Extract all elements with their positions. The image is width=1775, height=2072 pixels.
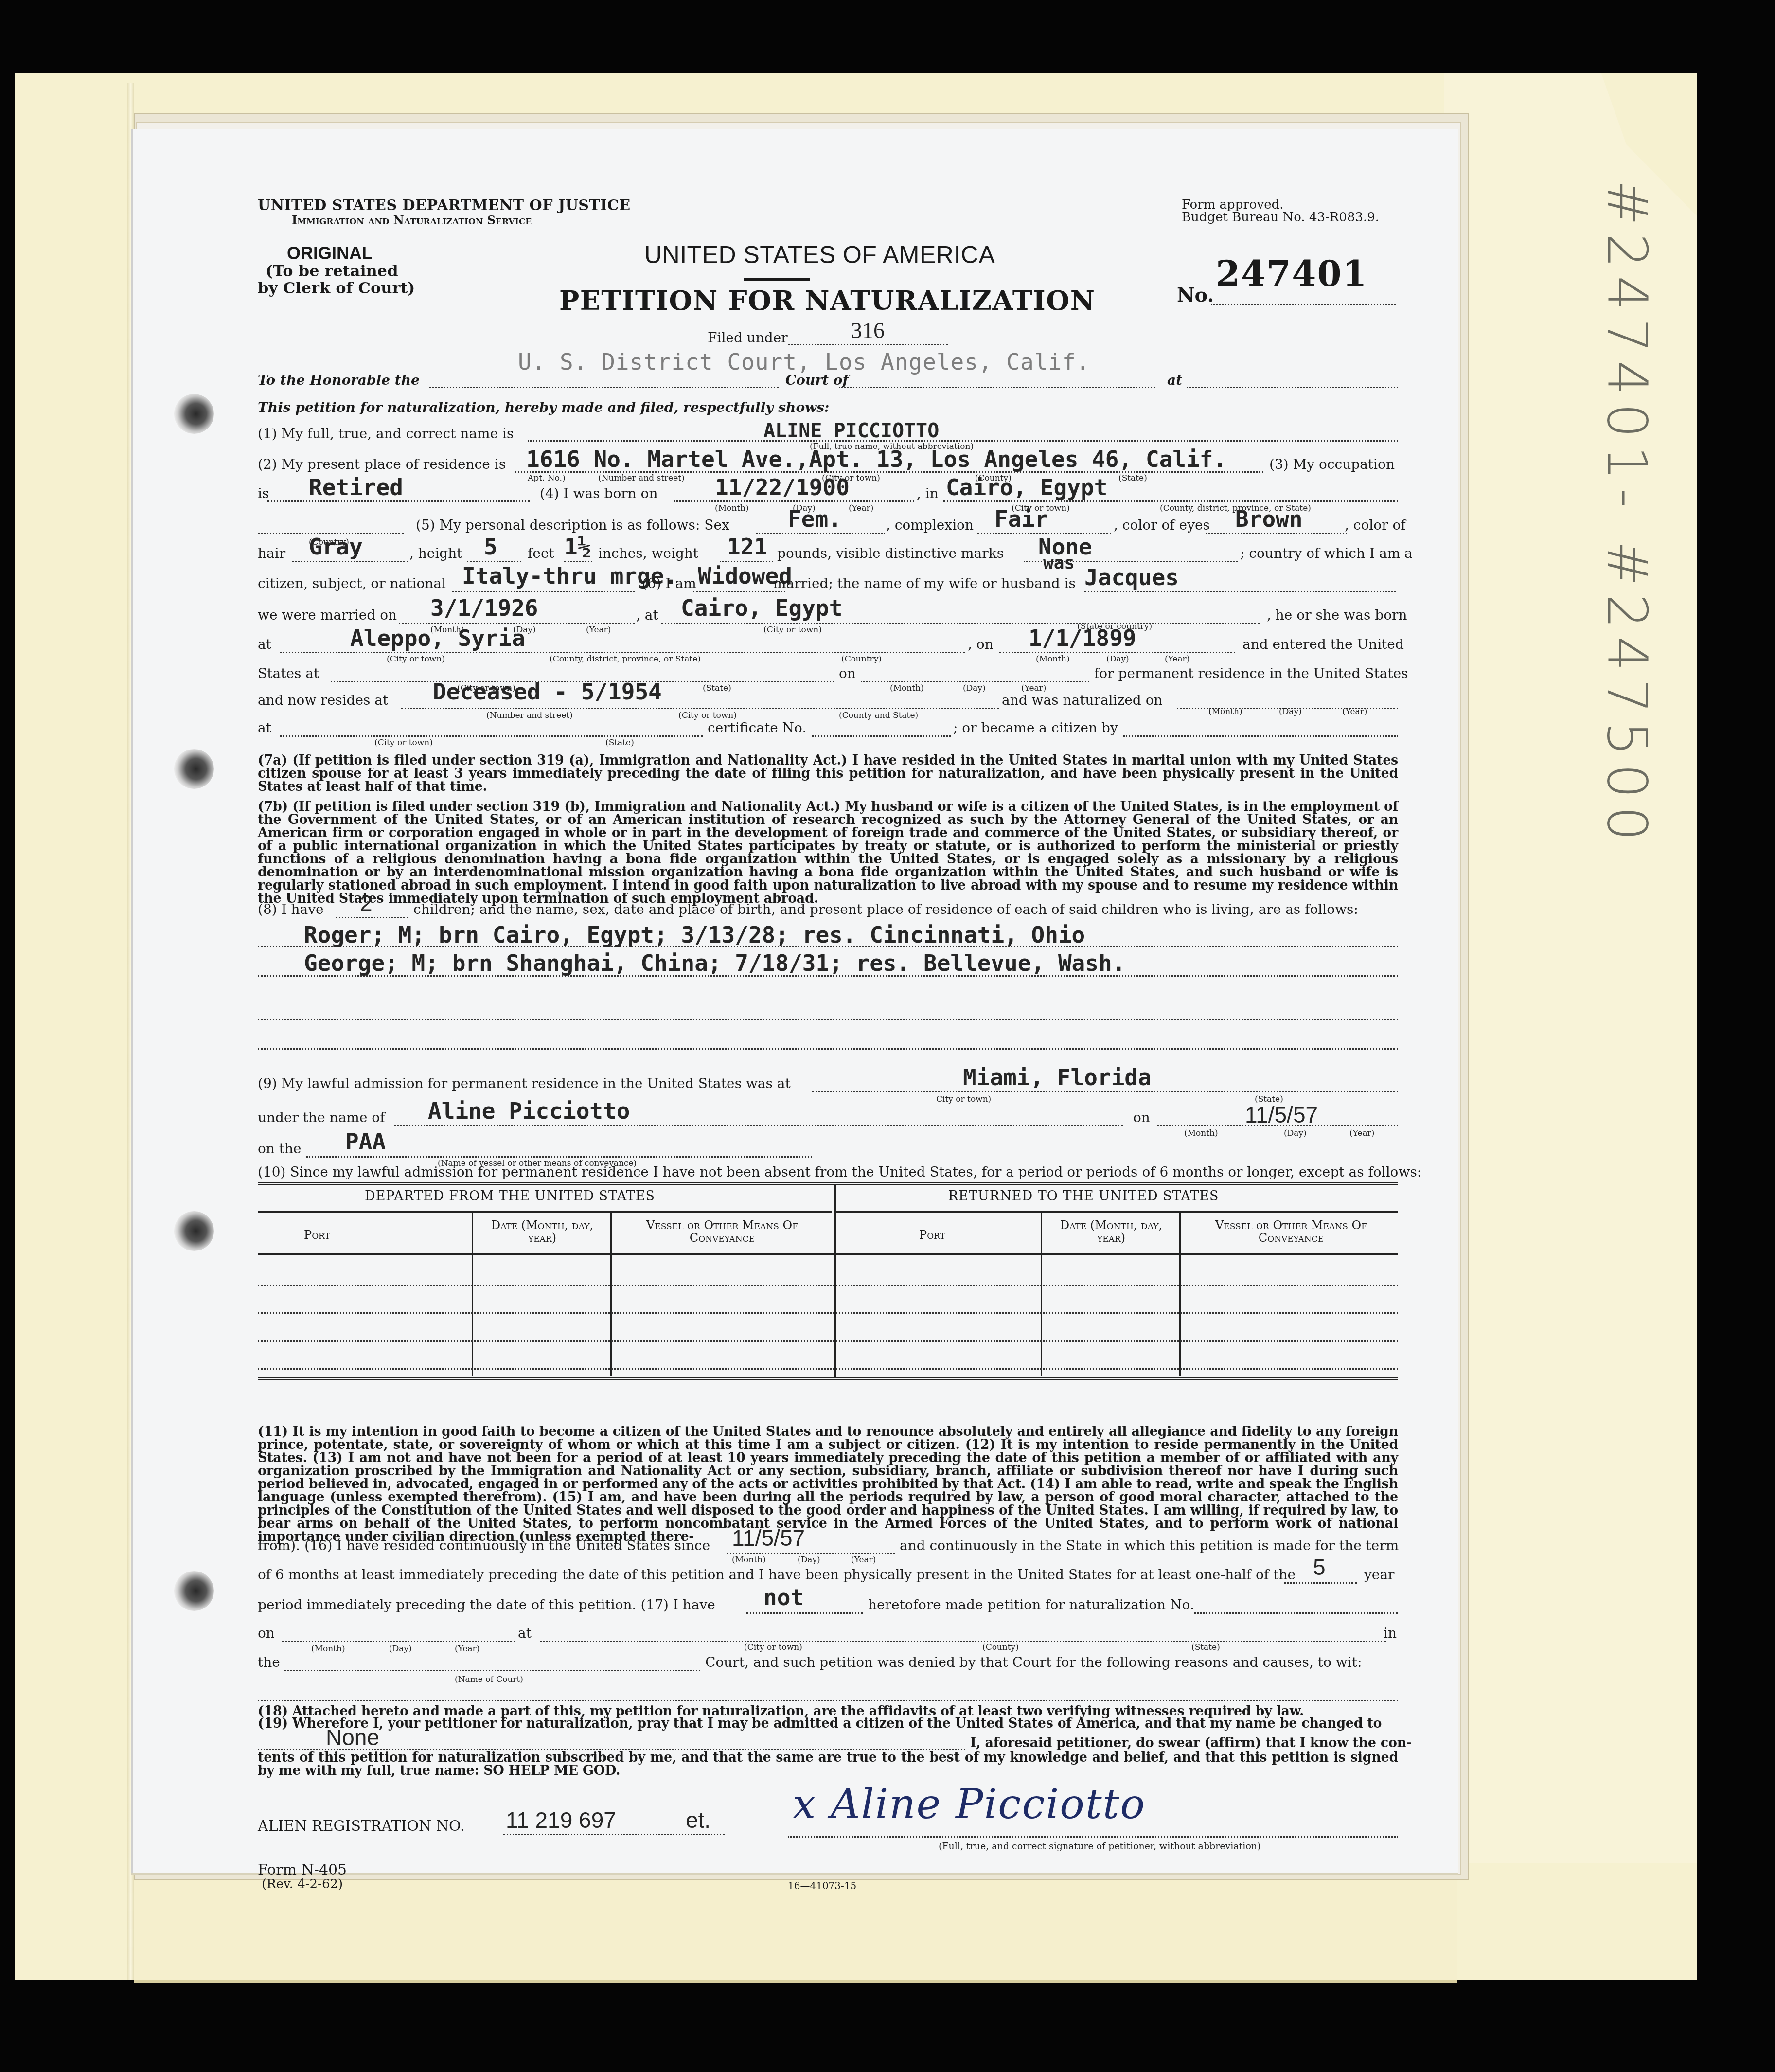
q4-label: (4) I was born on [540, 486, 657, 501]
section-7a: (7a) (If petition is filed under section… [258, 754, 1398, 793]
departed-header: DEPARTED FROM THE UNITED STATES [365, 1189, 655, 1204]
page-title: PETITION FOR NATURALIZATION [559, 285, 1096, 316]
q8-text: children; and the name, sex, date and pl… [413, 902, 1358, 917]
eyes-label: , color of eyes [1114, 518, 1210, 533]
certificate-label: certificate No. [708, 721, 806, 735]
form-number: Form N-405 [258, 1861, 347, 1878]
folder-tab-label: #247401- #247500 [1595, 180, 1658, 849]
child-entry: Roger; M; brn Cairo, Egypt; 3/13/28; res… [304, 922, 1085, 948]
oath-paragraph: (11) It is my intention in good faith to… [258, 1425, 1398, 1543]
resided-since-value: 11/5/57 [732, 1525, 805, 1551]
caption-country: (Country) [841, 654, 882, 664]
q16-text: and continuously in the State in which t… [900, 1538, 1399, 1553]
caption-month: (Month) [715, 503, 749, 513]
copy-note-1: (To be retained [266, 263, 398, 279]
caption-day: (Day) [1106, 654, 1129, 664]
form-approved: Form approved. [1182, 198, 1283, 212]
caption-county-state: (County and State) [839, 711, 918, 720]
court-denied-text: Court, and such petition was denied by t… [705, 1655, 1362, 1670]
q3-label: (3) My occupation [1269, 457, 1395, 472]
hair-label: hair [258, 546, 285, 561]
became-citizen-label: ; or became a citizen by [953, 721, 1118, 735]
q17-label: period immediately preceding the date of… [258, 1598, 715, 1612]
now-resides-label: and now resides at [258, 693, 388, 708]
q5-label: (5) My personal description is as follow… [416, 518, 729, 533]
q16-text-2: of 6 months at least immediately precedi… [258, 1568, 1296, 1582]
name-change-value: None [326, 1724, 379, 1750]
country-label: ; country of which I am a [1240, 546, 1413, 561]
marriage-place-value: Cairo, Egypt [681, 595, 842, 621]
pounds-label: pounds, visible distinctive marks [777, 546, 1004, 561]
table-row[interactable] [258, 1340, 1398, 1342]
caption-year: (Year) [1165, 654, 1189, 664]
court-of-label: Court of [785, 373, 848, 388]
alien-registration-number: 11 219 697 [506, 1807, 616, 1833]
on-label: on [1133, 1110, 1150, 1125]
citizen-label: citizen, subject, or national [258, 576, 446, 591]
column-header-port: Port [919, 1229, 945, 1241]
birth-place-value: Cairo, Egypt [946, 474, 1107, 500]
caption-year: (Year) [1349, 1128, 1374, 1138]
entered-label: and entered the United [1242, 637, 1404, 652]
punch-hole-icon [174, 394, 214, 434]
caption-court-name: (Name of Court) [455, 1675, 523, 1684]
eyes-value: Brown [1235, 506, 1302, 532]
years-value: 5 [1313, 1554, 1326, 1580]
feet-label: feet [528, 546, 554, 561]
spouse-birthplace-value: Aleppo, Syria [350, 625, 525, 651]
caption-city: (City or town) [374, 738, 433, 748]
caption-county-district: (County, district, province, or State) [550, 654, 701, 664]
column-header-date: Date (Month, day, year) [1046, 1219, 1177, 1244]
print-code: 16—41073-15 [788, 1880, 856, 1892]
punch-hole-icon [174, 1571, 214, 1611]
filed-under-value: 316 [851, 318, 885, 343]
complexion-label: , complexion [886, 518, 974, 533]
height-inches-value: 1½ [564, 534, 591, 560]
hair-value: Gray [309, 534, 363, 560]
height-label: , height [409, 546, 462, 561]
returned-header: RETURNED TO THE UNITED STATES [948, 1189, 1219, 1204]
in-label: , in [917, 486, 939, 501]
on-the-label: on the [258, 1142, 302, 1156]
naturalized-label: and was naturalized on [1002, 693, 1163, 708]
perm-res-label: for permanent residence in the United St… [1094, 666, 1408, 681]
service-heading: Immigration and Naturalization Service [292, 213, 532, 227]
at-label-2: at [258, 637, 271, 652]
caption-year: (Year) [586, 625, 611, 635]
weight-value: 121 [727, 534, 767, 560]
caption-street: (Number and street) [486, 711, 573, 720]
folder-tab [1444, 73, 1697, 1863]
caption-month: (Month) [1208, 707, 1242, 716]
honorable-label: To the Honorable the [258, 373, 420, 388]
signature-caption: (Full, true, and correct signature of pe… [939, 1841, 1261, 1852]
column-header-date: Date (Month, day, year) [477, 1219, 608, 1244]
sex-value: Fem. [788, 506, 842, 532]
q9-label: (9) My lawful admission for permanent re… [258, 1076, 791, 1091]
caption-state: (State) [1118, 473, 1147, 483]
q6-label: (6) I am [642, 576, 696, 591]
caption-month: (Month) [732, 1555, 766, 1565]
at-label-3: at [258, 721, 271, 735]
caption-apt: Apt. No.) [528, 473, 566, 483]
states-at-label: States at [258, 666, 319, 681]
swear-text-2: tents of this petition for naturalizatio… [258, 1751, 1398, 1777]
year-label: year [1364, 1568, 1394, 1582]
caption-city: (City or town) [744, 1643, 802, 1652]
caption-day: (Day) [963, 683, 986, 693]
on-label: , on [968, 637, 994, 652]
at-label: at [518, 1626, 532, 1641]
q16-label: from). (16) I have resided continuously … [258, 1538, 710, 1553]
q1-label: (1) My full, true, and correct name is [258, 427, 514, 441]
absence-table: DEPARTED FROM THE UNITED STATES RETURNED… [258, 1182, 1398, 1380]
under-name-label: under the name of [258, 1110, 385, 1125]
caption-state: (State) [605, 738, 634, 748]
caption-year: (Year) [1021, 683, 1046, 693]
q17-text: heretofore made petition for naturalizat… [868, 1598, 1194, 1612]
caption-day: (Day) [1284, 1128, 1307, 1138]
marriage-date-value: 3/1/1926 [430, 595, 538, 621]
caption-city: (City or town) [678, 711, 737, 720]
department-heading: UNITED STATES DEPARTMENT OF JUSTICE [258, 197, 631, 214]
swear-text: I, aforesaid petitioner, do swear (affir… [970, 1736, 1412, 1750]
q8-label: (8) I have [258, 902, 324, 917]
caption-state: (State) [1191, 1643, 1220, 1652]
caption-year: (Year) [455, 1644, 479, 1654]
budget-bureau-number: Budget Bureau No. 43-R083.9. [1182, 211, 1379, 224]
caption-city: (City or town) [387, 654, 445, 664]
birth-date-value: 11/22/1900 [715, 474, 850, 500]
occupation-value: Retired [309, 474, 403, 500]
petition-number: 247401 [1216, 253, 1368, 294]
alien-registration-label: ALIEN REGISTRATION NO. [258, 1819, 464, 1834]
caption-month: (Month) [311, 1644, 345, 1654]
inches-label: inches, weight [598, 546, 698, 561]
punch-hole-icon [174, 749, 214, 789]
the-label: the [258, 1655, 280, 1670]
on-label: on [258, 1626, 275, 1641]
admission-date-value: 11/5/57 [1245, 1102, 1318, 1128]
section-7b: (7b) (If petition is filed under section… [258, 800, 1398, 905]
admission-name-value: Aline Picciotto [428, 1098, 630, 1124]
full-name-value: ALINE PICCIOTTO [763, 420, 939, 442]
height-feet-value: 5 [484, 534, 497, 560]
q10-label: (10) Since my lawful admission for perma… [258, 1165, 1421, 1179]
caption-month: (Month) [1184, 1128, 1218, 1138]
caption-day: (Day) [389, 1644, 412, 1654]
q2-label: (2) My present place of residence is [258, 457, 506, 472]
filed-under-label: Filed under [708, 331, 788, 345]
form-revision: (Rev. 4-2-62) [262, 1877, 343, 1892]
caption-county: (County) [982, 1643, 1019, 1652]
vessel-value: PAA [345, 1128, 386, 1155]
copy-note-2: by Clerk of Court) [258, 280, 415, 296]
admission-place-value: Miami, Florida [963, 1064, 1152, 1090]
on-label: on [839, 666, 856, 681]
table-row[interactable] [258, 1312, 1398, 1314]
column-header-vessel: Vessel or Other Means Of Conveyance [615, 1219, 829, 1244]
complexion-value: Fair [994, 506, 1048, 532]
at-label: , at [636, 608, 658, 623]
caption-street: (Number and street) [598, 473, 685, 483]
prior-petition-value: not [763, 1584, 804, 1610]
petition-number-label: No. [1177, 284, 1214, 306]
punch-hole-icon [174, 1211, 214, 1251]
column-header-port: Port [304, 1229, 330, 1241]
born-label: , he or she was born [1267, 608, 1407, 623]
caption-state: (State) [703, 683, 731, 693]
married-label: married; the name of my wife or husband … [773, 576, 1076, 591]
spouse-was-value: was [1043, 553, 1075, 573]
intro-text: This petition for naturalization, hereby… [258, 400, 829, 415]
is-label: is [258, 486, 269, 501]
spouse-birthdate-value: 1/1/1899 [1029, 625, 1136, 651]
residence-value: 1616 No. Martel Ave.,Apt. 13, Los Angele… [526, 446, 1226, 472]
married-on-label: we were married on [258, 608, 397, 623]
table-row[interactable] [258, 1368, 1398, 1370]
country-heading: UNITED STATES OF AMERICA [644, 241, 995, 269]
caption-day: (Day) [798, 1555, 820, 1565]
caption-year: (Year) [849, 503, 873, 513]
caption-month: (Month) [890, 683, 924, 693]
spouse-name-value: Jacques [1084, 564, 1179, 590]
section-19: (19) Wherefore I, your petitioner for na… [258, 1717, 1382, 1730]
child-entry: George; M; brn Shanghai, China; 7/18/31;… [304, 950, 1125, 976]
table-row[interactable] [258, 1285, 1398, 1286]
alien-registration-suffix: et. [686, 1807, 710, 1833]
caption-year: (Year) [1342, 707, 1367, 716]
children-count-value: 2 [360, 890, 373, 916]
caption-city: City or town) [936, 1094, 991, 1104]
spouse-residence-value: Deceased - 5/1954 [433, 679, 662, 705]
caption-year: (Year) [851, 1555, 876, 1565]
column-header-vessel: Vessel or Other Means Of Conveyance [1184, 1219, 1398, 1244]
copy-label: ORIGINAL [287, 243, 373, 264]
caption-day: (Day) [1279, 707, 1302, 716]
in-label: in [1384, 1626, 1397, 1641]
petitioner-signature: x Aline Picciotto [793, 1780, 1146, 1828]
at-label: at [1167, 373, 1182, 388]
caption-month: (Month) [1036, 654, 1070, 664]
court-stamp: U. S. District Court, Los Angeles, Calif… [518, 349, 1090, 375]
caption-city: (City or town) [763, 625, 822, 635]
color-of-label: , color of [1345, 518, 1406, 533]
heading-rule [744, 278, 810, 281]
